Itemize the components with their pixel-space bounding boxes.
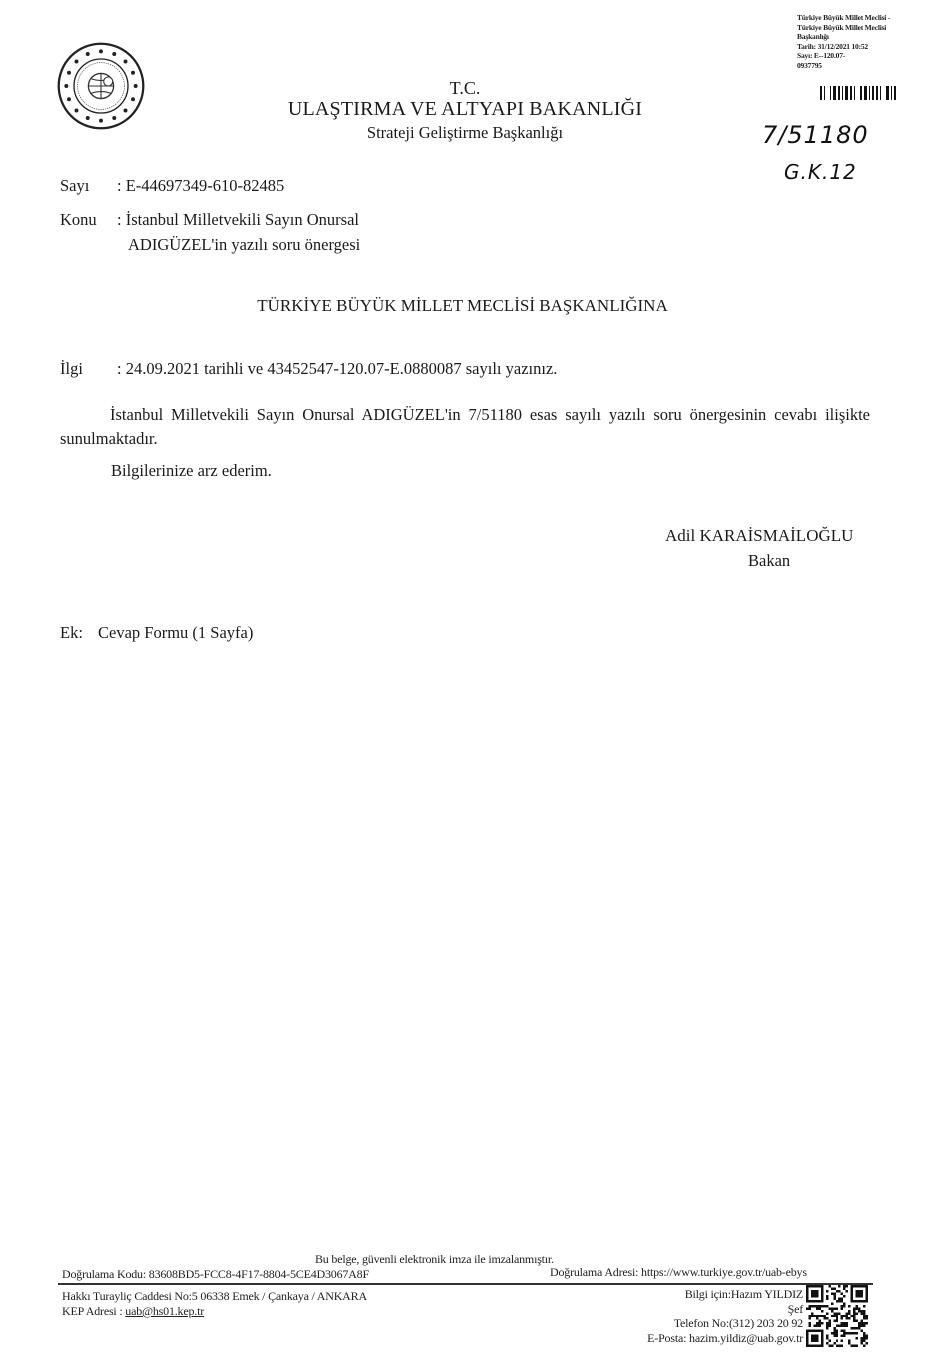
letterhead-state: T.C.: [230, 78, 700, 99]
body-paragraph: İstanbul Milletvekili Sayın Onursal ADIG…: [60, 403, 870, 451]
attachment-label: Ek:: [60, 623, 83, 643]
handwritten-code: G.K.12: [784, 160, 857, 184]
letterhead-department: Strateji Geliştirme Başkanlığı: [230, 123, 700, 143]
attachment-value: Cevap Formu (1 Sayfa): [98, 623, 253, 643]
stamp-number: Sayı: E--120.07-: [797, 51, 922, 61]
addressee: TÜRKİYE BÜYÜK MİLLET MECLİSİ BAŞKANLIĞIN…: [0, 296, 945, 316]
sayi-value: : E-44697349-610-82485: [117, 176, 284, 196]
stamp-line: Başkanlığı: [797, 32, 922, 42]
contact-phone: Telefon No:(312) 203 20 92: [647, 1316, 803, 1331]
konu-value: : İstanbul Milletvekili Sayın Onursal: [117, 210, 359, 230]
contact-block: Bilgi için:Hazım YILDIZ Şef Telefon No:(…: [647, 1287, 803, 1345]
kep-label: KEP Adresi :: [62, 1304, 125, 1318]
contact-email[interactable]: E-Posta: hazim.yildiz@uab.gov.tr: [647, 1331, 803, 1346]
registry-stamp: Türkiye Büyük Millet Meclisi - Türkiye B…: [797, 13, 922, 70]
stamp-line: Türkiye Büyük Millet Meclisi: [797, 23, 922, 33]
ilgi-value: : 24.09.2021 tarihli ve 43452547-120.07-…: [117, 359, 557, 379]
signatory-title: Bakan: [748, 551, 790, 571]
footer-divider: [58, 1283, 873, 1285]
signatory-name: Adil KARAİSMAİLOĞLU: [665, 526, 853, 546]
contact-title: Şef: [647, 1302, 803, 1317]
verification-address: Doğrulama Adresi: https://www.turkiye.go…: [550, 1265, 807, 1280]
closing-paragraph: Bilgilerinize arz ederim.: [111, 459, 921, 483]
konu-label: Konu: [60, 210, 97, 230]
street-address: Hakkı Turayliç Caddesi No:5 06338 Emek /…: [62, 1289, 367, 1304]
stamp-number-cont: 0937795: [797, 61, 922, 71]
konu-value-cont: ADIGÜZEL'in yazılı soru önergesi: [128, 235, 360, 255]
sayi-label: Sayı: [60, 176, 89, 196]
contact-person: Bilgi için:Hazım YILDIZ: [647, 1287, 803, 1302]
barcode-icon: [820, 86, 915, 100]
e-signature-notice: Bu belge, güvenli elektronik imza ile im…: [315, 1252, 554, 1267]
kep-link[interactable]: uab@hs01.kep.tr: [125, 1304, 204, 1318]
addressee-text: TÜRKİYE BÜYÜK MİLLET MECLİSİ BAŞKANLIĞIN…: [257, 296, 668, 315]
ministry-seal-icon: [56, 41, 146, 131]
verification-code: Doğrulama Kodu: 83608BD5-FCC8-4F17-8804-…: [62, 1267, 369, 1282]
stamp-line: Türkiye Büyük Millet Meclisi -: [797, 13, 922, 23]
ilgi-label: İlgi: [60, 359, 83, 379]
handwritten-reference: 7/51180: [762, 121, 869, 149]
kep-address: KEP Adresi : uab@hs01.kep.tr: [62, 1304, 204, 1319]
stamp-date: Tarih: 31/12/2021 10:52: [797, 42, 922, 52]
letterhead-ministry: ULAŞTIRMA VE ALTYAPI BAKANLIĞI: [230, 98, 700, 121]
qr-code-icon: [806, 1285, 868, 1347]
